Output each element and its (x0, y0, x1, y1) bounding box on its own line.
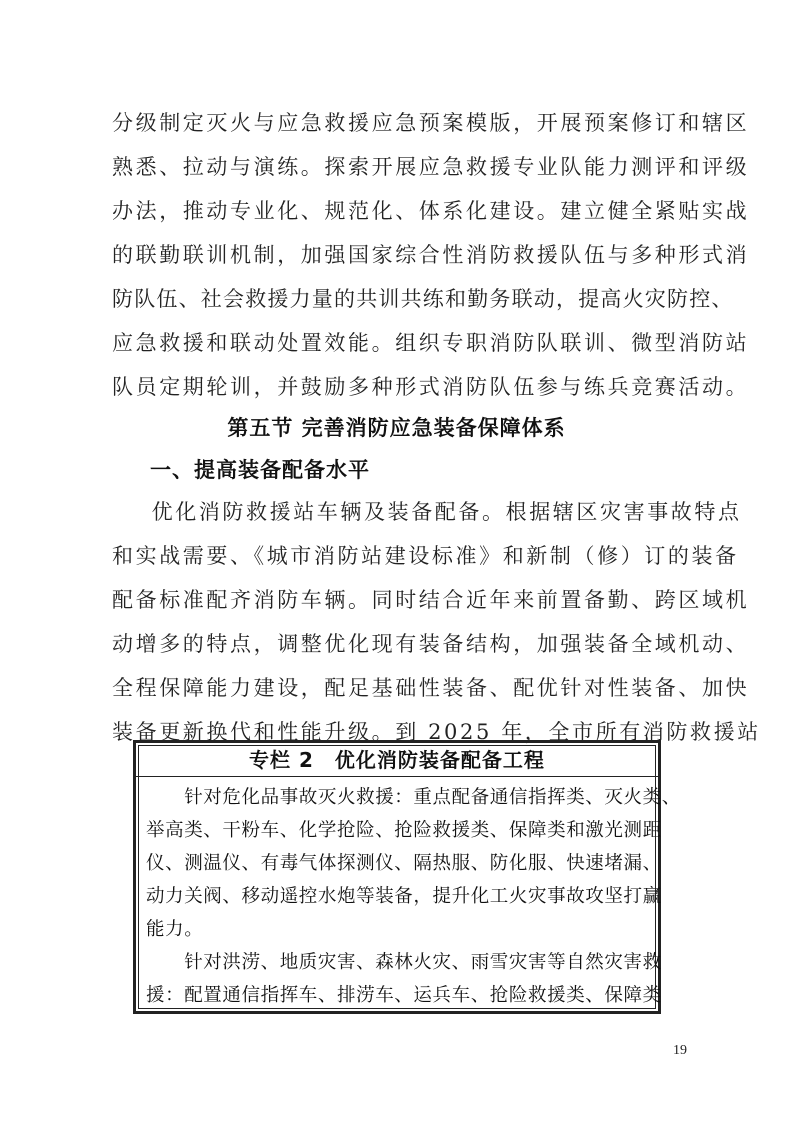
paragraph-line: 防队伍、社会救援力量的共训共练和勤务联动，提高火灾防控、 (112, 287, 680, 311)
paragraph-line: 熟悉、拉动与演练。探索开展应急救援专业队能力测评和评级 (112, 155, 680, 179)
feature-box-line: 援：配置通信指挥车、排涝车、运兵车、抢险救援类、保障类 (146, 985, 651, 1007)
page-number: 19 (673, 1043, 687, 1059)
feature-box-line: 仪、测温仪、有毒气体探测仪、隔热服、防化服、快速堵漏、 (146, 853, 651, 875)
paragraph-line: 配备标准配齐消防车辆。同时结合近年来前置备勤、跨区域机 (112, 588, 680, 612)
feature-box: 专栏 2 优化消防装备配备工程 针对危化品事故灭火救援：重点配备通信指挥类、灭火… (133, 740, 661, 1014)
feature-box-line: 能力。 (146, 919, 651, 941)
paragraph-line: 办法，推动专业化、规范化、体系化建设。建立健全紧贴实战 (112, 199, 680, 223)
feature-box-title: 专栏 2 优化消防装备配备工程 (136, 743, 658, 777)
feature-box-line: 针对洪涝、地质灾害、森林火灾、雨雪灾害等自然灾害救 (146, 952, 651, 974)
paragraph-line: 动增多的特点，调整优化现有装备结构，加强装备全域机动、 (112, 632, 680, 656)
feature-box-line: 针对危化品事故灭火救援：重点配备通信指挥类、灭火类、 (146, 787, 651, 809)
paragraph-line: 分级制定灭火与应急救援应急预案模版，开展预案修订和辖区 (112, 111, 680, 135)
paragraph-line: 队员定期轮训，并鼓励多种形式消防队伍参与练兵竞赛活动。 (112, 375, 680, 399)
paragraph-line: 应急救援和联动处置效能。组织专职消防队联训、微型消防站 (112, 331, 680, 355)
feature-box-line: 举高类、干粉车、化学抢险、抢险救援类、保障类和激光测距 (146, 820, 651, 842)
document-page: 分级制定灭火与应急救援应急预案模版，开展预案修订和辖区 熟悉、拉动与演练。探索开… (0, 0, 793, 1122)
paragraph-line: 全程保障能力建设，配足基础性装备、配优针对性装备、加快 (112, 676, 680, 700)
feature-box-line: 动力关阀、移动遥控水炮等装备，提升化工火灾事故攻坚打赢 (146, 886, 651, 908)
sub-heading: 一、提高装备配备水平 (150, 458, 370, 482)
paragraph-line: 优化消防救援站车辆及装备配备。根据辖区灾害事故特点 (128, 500, 696, 524)
section-title: 第五节 完善消防应急装备保障体系 (0, 416, 793, 440)
paragraph-line: 的联勤联训机制，加强国家综合性消防救援队伍与多种形式消 (112, 243, 680, 267)
paragraph-line: 和实战需要、《城市消防站建设标准》和新制（修）订的装备 (112, 544, 680, 568)
